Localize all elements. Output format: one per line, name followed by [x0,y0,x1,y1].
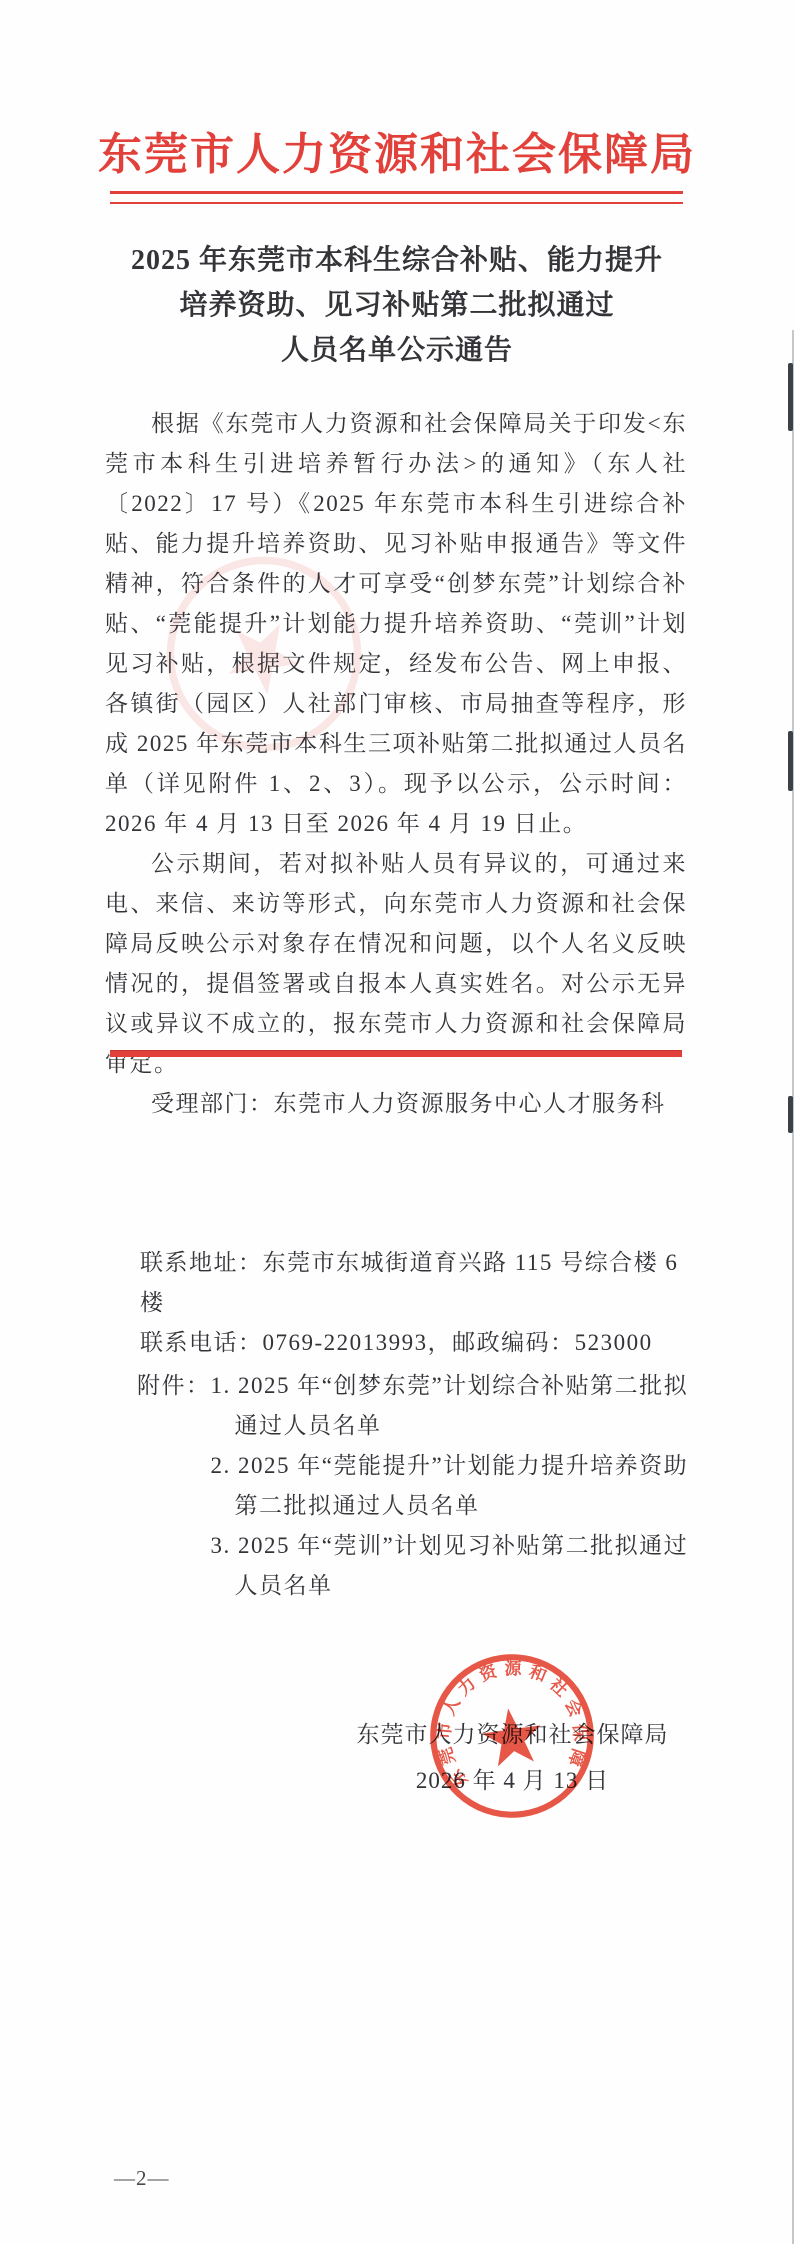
document-title-line-3: 人员名单公示通告 [0,328,794,373]
notice-document-page: 东莞市人力资源和社会保障局 2025 年东莞市本科生综合补贴、能力提升 培养资助… [0,0,794,2244]
header-double-rule [110,191,683,204]
scan-edge-mark-3 [788,1096,793,1133]
attachments-label: 附件： [137,1366,211,1606]
page-number: —2— [114,2166,170,2191]
notice-body: 根据《东莞市人力资源和社会保障局关于印发<东莞市本科生引进培养暂行办法>的通知》… [105,404,687,1124]
scan-edge-mark-2 [788,731,793,791]
body-paragraph-objection: 公示期间，若对拟补贴人员有异议的，可通过来电、来信、来访等形式，向东莞市人力资源… [105,844,687,1084]
footer-red-rule [110,1050,682,1057]
body-paragraph-department: 受理部门：东莞市人力资源服务中心人才服务科 [105,1084,687,1124]
document-title-line-1: 2025 年东莞市本科生综合补贴、能力提升 [0,238,794,283]
agency-header: 东莞市人力资源和社会保障局 [0,118,794,182]
contact-address: 联系地址：东莞市东城街道育兴路 115 号综合楼 6 楼 [140,1243,700,1323]
attachment-item-3: 3. 2025 年“莞训”计划见习补贴第二批拟通过人员名单 [211,1526,698,1606]
contact-phone: 联系电话：0769-22013993，邮政编码：523000 [140,1323,700,1363]
attachment-item-1: 1. 2025 年“创梦东莞”计划综合补贴第二批拟通过人员名单 [211,1366,698,1446]
official-seal: 东莞市人力资源和社会保障局 [413,1637,612,1836]
attachments-block: 附件： 1. 2025 年“创梦东莞”计划综合补贴第二批拟通过人员名单 2. 2… [137,1366,697,1606]
body-paragraph-basis: 根据《东莞市人力资源和社会保障局关于印发<东莞市本科生引进培养暂行办法>的通知》… [105,404,687,844]
scan-edge-mark-1 [788,363,793,431]
attachment-item-2: 2. 2025 年“莞能提升”计划能力提升培养资助第二批拟通过人员名单 [211,1446,698,1526]
contact-block: 联系地址：东莞市东城街道育兴路 115 号综合楼 6 楼 联系电话：0769-2… [140,1243,700,1363]
document-title: 2025 年东莞市本科生综合补贴、能力提升 培养资助、见习补贴第二批拟通过 人员… [0,238,794,373]
star-icon [479,1704,545,1768]
attachments-list: 1. 2025 年“创梦东莞”计划综合补贴第二批拟通过人员名单 2. 2025 … [211,1366,698,1606]
document-title-line-2: 培养资助、见习补贴第二批拟通过 [0,283,794,328]
